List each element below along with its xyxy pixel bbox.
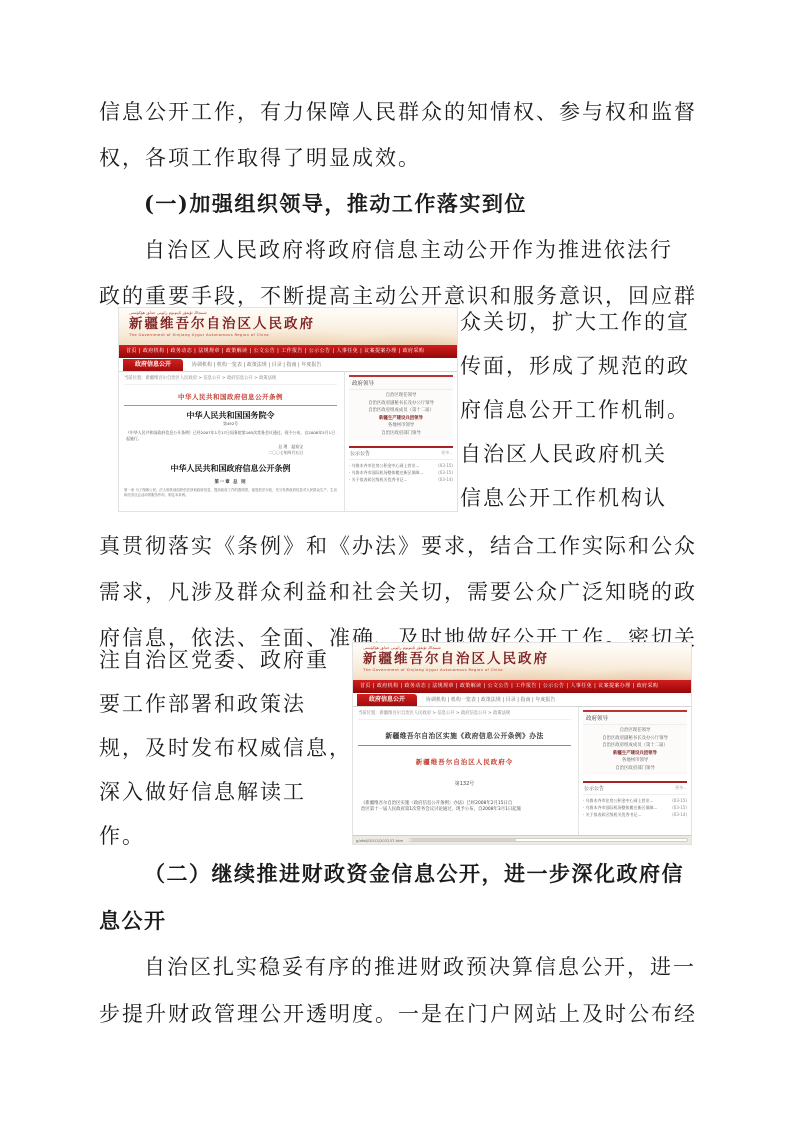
leader-link: 自治区政府副秘书长及办公厅领导 — [583, 735, 687, 743]
decree-sign-date: 二〇〇七年四月五日 — [124, 450, 337, 456]
embedded-screenshot-1: شىنجاڭ ئۇيغۇر ئاپتونوم رايونى خەلق ھۆكۈم… — [118, 307, 458, 512]
site-name: 新疆维吾尔自治区人民政府 — [129, 316, 457, 332]
doc-line: 众关切，扩大工作的宣 — [460, 300, 696, 344]
breadcrumb: 当前位置：新疆维吾尔自治区人民政府 > 信息公开 > 政府信息公开 > 政策法规 — [358, 709, 571, 720]
site-name-english: The Government of Xinjiang Uygur Autonom… — [363, 667, 691, 673]
article-title: 中华人民共和国政府信息公开条例 — [124, 385, 337, 406]
law-title: 中华人民共和国政府信息公开条例 — [124, 463, 337, 474]
law-body-text: 第一条 为了保障公民、法人和其他组织依法获取政府信息，提高政府工作的透明度，促进… — [124, 488, 337, 498]
doc-line: 府信息公开工作机制。 — [460, 388, 696, 432]
decree-body: 《新疆维吾尔自治区实施〈政府信息公开条例〉办法》已经2008年2月15日自 治区… — [358, 801, 571, 814]
tab-links: 协调机构 | 机构一览表 | 政策法规 | 目录 | 指南 | 年度报告 — [426, 694, 555, 706]
decree-number: 第492号 — [124, 421, 337, 427]
tab-links: 协调机构 | 机构一览表 | 政策法规 | 目录 | 指南 | 年度报告 — [192, 359, 321, 371]
browser-status-bar: g/xfs6/2012/202237.htm — [353, 835, 691, 844]
notices-box: 公示公告 更多.. 乌鲁木齐市住房公积金中心网上营业… (03-15) 乌鲁木齐… — [349, 446, 453, 483]
doc-line: 自治区人民政府机关 — [460, 432, 696, 476]
leaders-box: 政府领导 自治区现任领导 自治区政府副秘书长及办公厅领导 自治区政府组成成员（第… — [349, 375, 453, 440]
leader-link: 各地州市领导 — [583, 757, 687, 765]
site-header: شىنجاڭ ئۇيغۇر ئاپتونوم رايونى خەلق ھۆكۈم… — [119, 308, 457, 345]
site-tab-row: 政府信息公开 协调机构 | 机构一览表 | 政策法规 | 目录 | 指南 | 年… — [119, 358, 457, 372]
doc-line: 传面，形成了规范的政 — [460, 344, 696, 388]
notices-more-link: 更多.. — [675, 785, 686, 792]
decree-body: 《中华人民共和国政府信息公开条例》已经2007年1月17日国务院第165次常务会… — [126, 430, 335, 441]
site-header: شىنجاڭ ئۇيغۇر ئاپتونوم رايونى خەلق ھۆكۈم… — [353, 643, 691, 680]
section-heading-2: （二）继续推进财政资金信息公开，进一步深化政府信 — [99, 850, 699, 897]
site-main-column: 当前位置：新疆维吾尔自治区人民政府 > 信息公开 > 政府信息公开 > 政策法规… — [119, 372, 345, 511]
status-url-text: g/xfs6/2012/202237.htm — [356, 838, 403, 843]
article-title: 新疆维吾尔自治区实施《政府信息公开条例》办法 — [358, 720, 571, 746]
decree-title: 中华人民共和国国务院令 — [124, 410, 337, 421]
section-heading-2-continued: 息公开 — [99, 897, 699, 944]
breadcrumb: 当前位置：新疆维吾尔自治区人民政府 > 信息公开 > 政府信息公开 > 政策法规 — [124, 374, 337, 385]
leader-link: 新疆生产建设兵团领导 — [583, 750, 687, 758]
leader-link: 自治区现任领导 — [583, 727, 687, 735]
doc-line: 权，各项工作取得了明显成效。 — [99, 135, 699, 181]
site-name: 新疆维吾尔自治区人民政府 — [363, 651, 691, 667]
horizontal-scrollbar — [409, 838, 688, 842]
doc-line: 信息公开工作机构认 — [460, 476, 696, 520]
notice-item: 乌鲁木齐市国际机场整体搬迁新区保障… (03-15) — [349, 469, 453, 476]
leader-link: 自治区政府部门领导 — [583, 765, 687, 773]
notice-item: 乌鲁木齐市住房公积金中心网上营业… (03-15) — [349, 462, 453, 469]
notices-box: 公示公告 更多.. 乌鲁木齐市住房公积金中心网上营业… (03-15) 乌鲁木齐… — [583, 781, 687, 818]
doc-line: 深入做好信息解读工 — [99, 770, 349, 814]
doc-line: 自治区人民政府将政府信息主动公开作为推进依法行 — [99, 227, 699, 273]
leaders-box-title: 政府领导 — [583, 712, 687, 725]
tab-government-info-disclosure: 政府信息公开 — [357, 694, 417, 706]
site-sidebar: 政府领导 自治区现任领导 自治区政府副秘书长及办公厅领导 自治区政府组成成员（第… — [345, 372, 457, 511]
paragraph-wrap-right: 众关切，扩大工作的宣 传面，形成了规范的政 府信息公开工作机制。 自治区人民政府… — [460, 300, 696, 520]
site-tab-row: 政府信息公开 协调机构 | 机构一览表 | 政策法规 | 目录 | 指南 | 年… — [353, 693, 691, 707]
notice-item: 关于拟表彰区级机关优秀书记… (03-14) — [583, 811, 687, 818]
doc-line: 信息公开工作，有力保障人民群众的知情权、参与权和监督 — [99, 89, 699, 135]
leader-link: 自治区政府部门领导 — [349, 430, 453, 438]
leader-link: 自治区政府组成成员（第十二届） — [583, 742, 687, 750]
leaders-box-title: 政府领导 — [349, 377, 453, 390]
site-main-column: 当前位置：新疆维吾尔自治区人民政府 > 信息公开 > 政府信息公开 > 政策法规… — [353, 707, 579, 835]
decree-title: 新疆维吾尔自治区人民政府令 — [358, 757, 571, 766]
site-nav-bar: 首页 | 政府机构 | 政务动态 | 法规规章 | 政策解读 | 公文公告 | … — [353, 680, 691, 693]
notices-more-link: 更多.. — [441, 450, 452, 457]
site-sidebar: 政府领导 自治区现任领导 自治区政府副秘书长及办公厅领导 自治区政府组成成员（第… — [579, 707, 691, 835]
paragraph-wrap-left: 注自治区党委、政府重 要工作部署和政策法 规，及时发布权威信息， 深入做好信息解… — [99, 638, 349, 858]
law-chapter: 第一章 总 则 — [124, 479, 337, 485]
section-heading-1: (一)加强组织领导，推动工作落实到位 — [99, 181, 699, 227]
paragraph-block-top: 信息公开工作，有力保障人民群众的知情权、参与权和监督 权，各项工作取得了明显成效… — [99, 89, 699, 319]
decree-number: 第132号 — [358, 780, 571, 787]
leader-link: 自治区政府副秘书长及办公厅领导 — [349, 400, 453, 408]
paragraph-block-bottom: （二）继续推进财政资金信息公开，进一步深化政府信 息公开 自治区扎实稳妥有序的推… — [99, 850, 699, 1038]
notice-item: 乌鲁木齐市住房公积金中心网上营业… (03-15) — [583, 797, 687, 804]
doc-line: 要工作部署和政策法 — [99, 682, 349, 726]
doc-line: 真贯彻落实《条例》和《办法》要求，结合工作实际和公众 — [99, 523, 699, 569]
notices-box-title: 公示公告 — [584, 785, 604, 792]
site-name-english: The Government of Xinjiang Uygur Autonom… — [129, 332, 457, 338]
leader-link: 各地州市领导 — [349, 422, 453, 430]
scrollbar-thumb — [411, 839, 516, 841]
leader-link: 自治区现任领导 — [349, 392, 453, 400]
doc-line: 自治区扎实稳妥有序的推进财政预决算信息公开，进一 — [99, 944, 699, 991]
document-page: 信息公开工作，有力保障人民群众的知情权、参与权和监督 权，各项工作取得了明显成效… — [0, 0, 793, 1122]
doc-line: 注自治区党委、政府重 — [99, 638, 349, 682]
notice-item: 乌鲁木齐市国际机场整体搬迁新区保障… (03-15) — [583, 804, 687, 811]
embedded-screenshot-2: شىنجاڭ ئۇيغۇر ئاپتونوم رايونى خەلق ھۆكۈم… — [352, 642, 692, 845]
doc-line: 规，及时发布权威信息， — [99, 726, 349, 770]
tab-government-info-disclosure: 政府信息公开 — [123, 359, 183, 371]
leaders-box: 政府领导 自治区现任领导 自治区政府副秘书长及办公厅领导 自治区政府组成成员（第… — [583, 710, 687, 775]
doc-line: 需求，凡涉及群众利益和社会关切，需要公众广泛知晓的政 — [99, 569, 699, 615]
notice-item: 关于拟表彰区级机关优秀书记… (03-14) — [349, 476, 453, 483]
leader-link: 自治区政府组成成员（第十二届） — [349, 407, 453, 415]
doc-line: 步提升财政管理公开透明度。一是在门户网站上及时公布经 — [99, 991, 699, 1038]
notices-box-title: 公示公告 — [350, 450, 370, 457]
site-nav-bar: 首页 | 政府机构 | 政务动态 | 法规规章 | 政策解读 | 公文公告 | … — [119, 345, 457, 358]
leader-link: 新疆生产建设兵团领导 — [349, 415, 453, 423]
